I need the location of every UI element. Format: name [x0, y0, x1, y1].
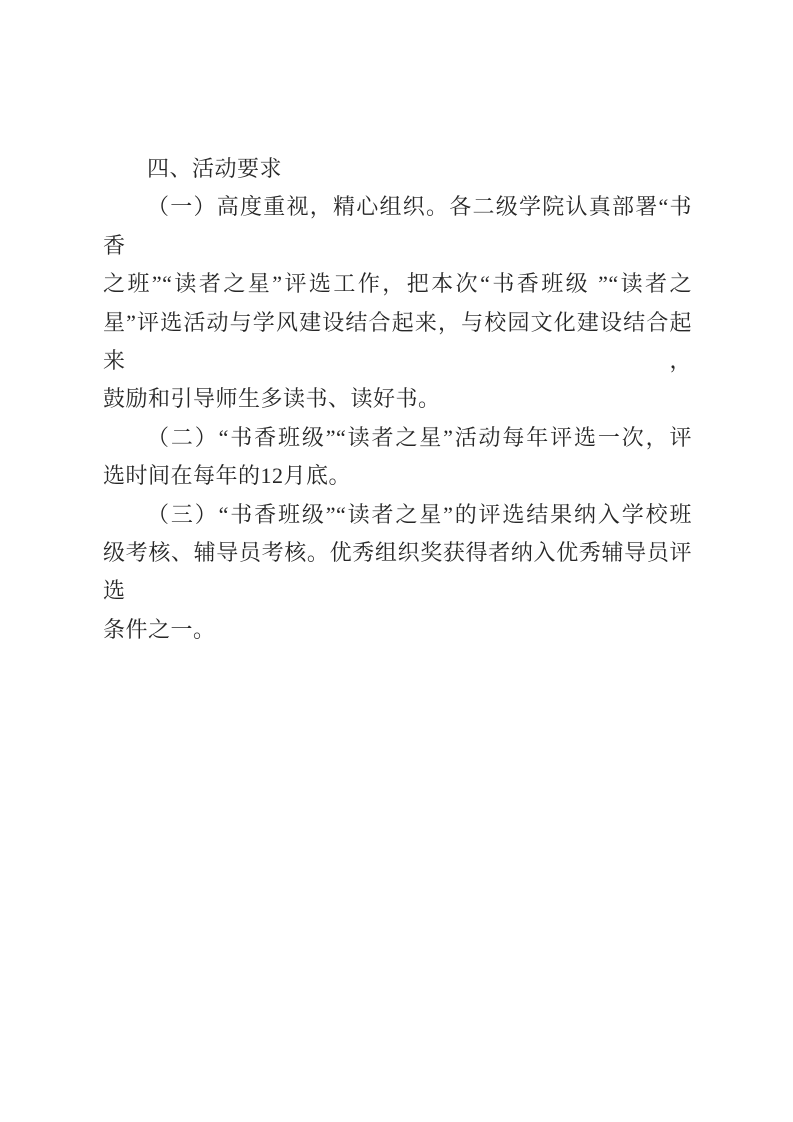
text-line: 之班”“读者之星”评选工作，把本次“书香班级 ”“读者之	[103, 265, 692, 303]
text-line: 鼓励和引导师生多读书、读好书。	[103, 380, 692, 418]
text-line: （三）“书香班级”“读者之星”的评选结果纳入学校班	[103, 496, 692, 534]
text-line: 选时间在每年的12月底。	[103, 457, 692, 495]
text-line: 星”评选活动与学风建设结合起来，与校园文化建设结合起来，	[103, 304, 692, 381]
paragraph: （二）“书香班级”“读者之星”活动每年评选一次，评 选时间在每年的12月底。	[103, 419, 692, 496]
document-page: 四、活动要求 （一）高度重视，精心组织。各二级学院认真部署“书香 之班”“读者之…	[0, 0, 793, 1122]
text-block: 四、活动要求 （一）高度重视，精心组织。各二级学院认真部署“书香 之班”“读者之…	[103, 150, 692, 649]
section-heading: 四、活动要求	[103, 150, 692, 188]
paragraph: （一）高度重视，精心组织。各二级学院认真部署“书香 之班”“读者之星”评选工作，…	[103, 188, 692, 418]
text-line: （二）“书香班级”“读者之星”活动每年评选一次，评	[103, 419, 692, 457]
text-line: 级考核、辅导员考核。优秀组织奖获得者纳入优秀辅导员评选	[103, 534, 692, 611]
paragraph: （三）“书香班级”“读者之星”的评选结果纳入学校班 级考核、辅导员考核。优秀组织…	[103, 496, 692, 650]
text-line: 条件之一。	[103, 611, 692, 649]
text-line: （一）高度重视，精心组织。各二级学院认真部署“书香	[103, 188, 692, 265]
